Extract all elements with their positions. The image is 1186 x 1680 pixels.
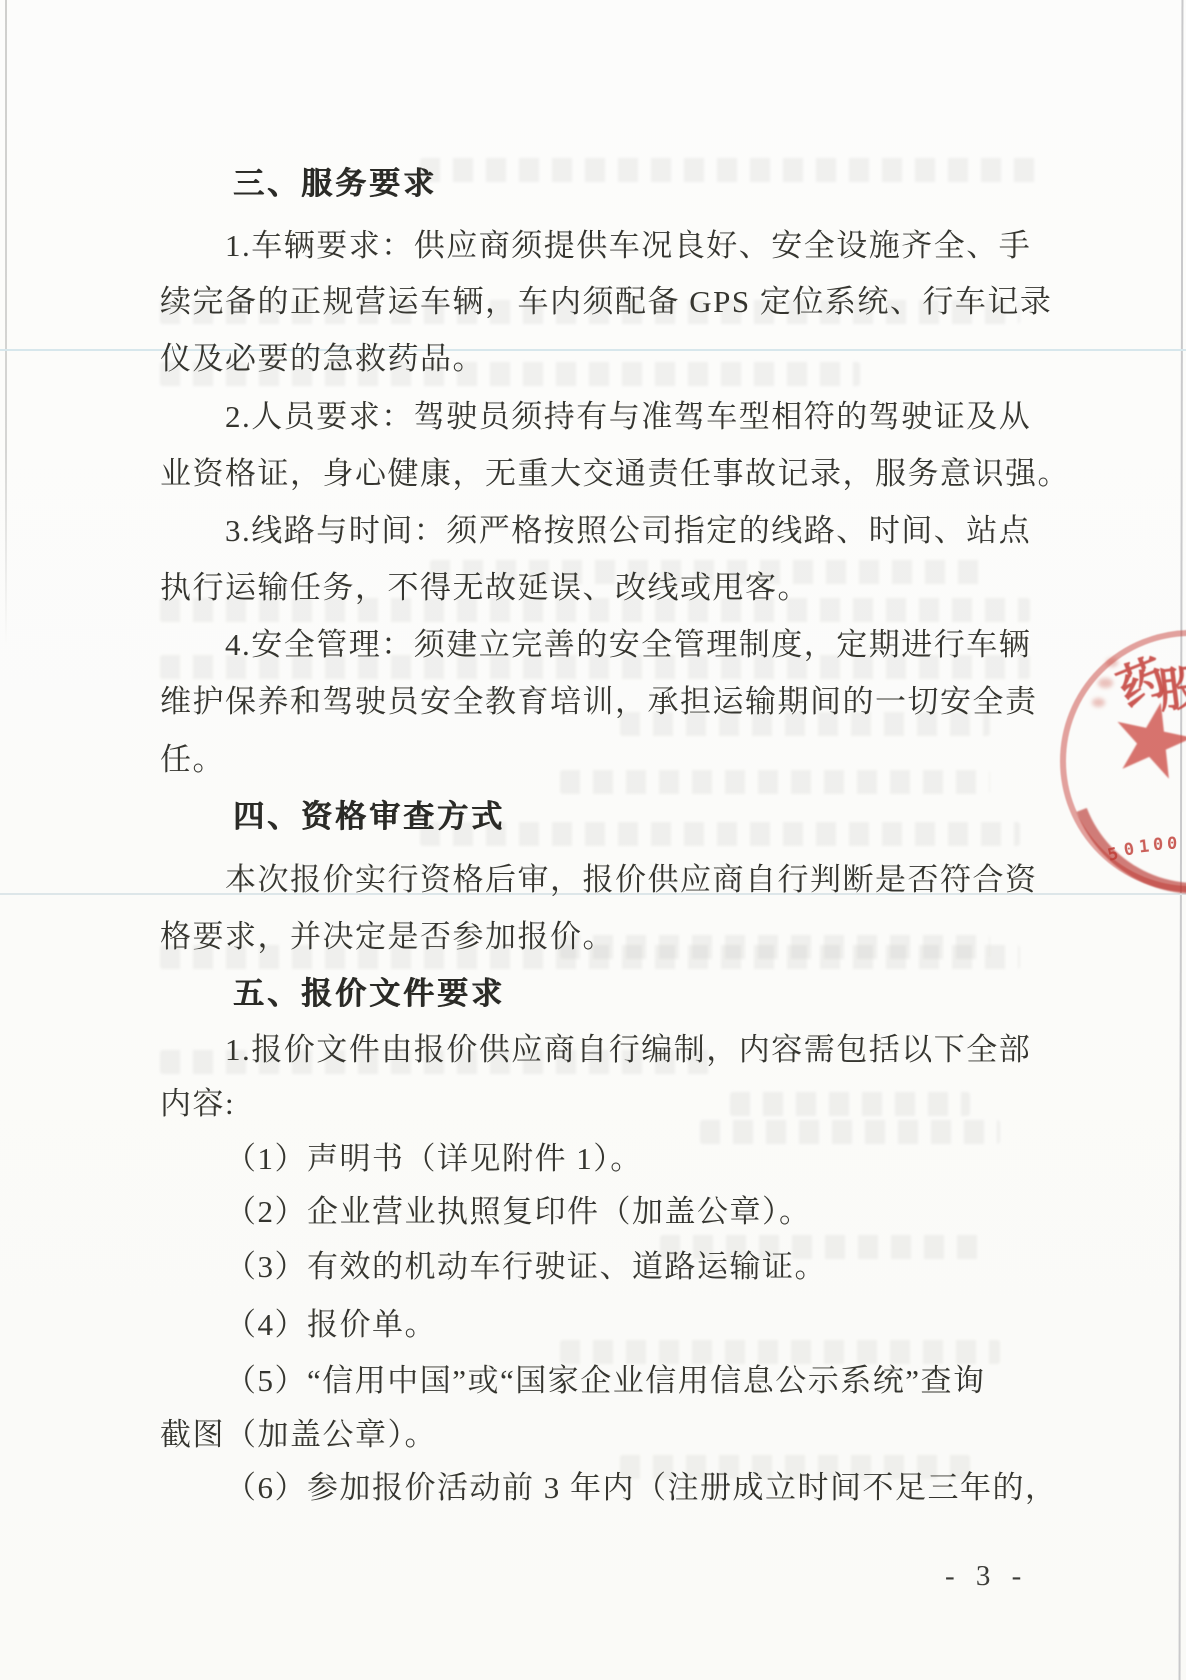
text-line: 本次报价实行资格后审，报价供应商自行判断是否符合资 xyxy=(225,854,1038,899)
bleed-through-artifact xyxy=(420,158,1040,182)
text-line: 执行运输任务，不得无故延误、改线或甩客。 xyxy=(160,562,810,607)
text-line: 任。 xyxy=(160,734,225,779)
section-heading-5: 五、报价文件要求 xyxy=(233,968,505,1013)
text-line: 格要求，并决定是否参加报价。 xyxy=(160,911,615,956)
text-line: 1.车辆要求：供应商须提供车况良好、安全设施齐全、手 xyxy=(225,220,1031,265)
text-line: 1.报价文件由报价供应商自行编制，内容需包括以下全部 xyxy=(225,1024,1031,1069)
bleed-through-artifact xyxy=(700,1120,1000,1144)
text-line: 2.人员要求：驾驶员须持有与准驾车型相符的驾驶证及从 xyxy=(225,391,1031,436)
section-heading-4: 四、资格审查方式 xyxy=(233,791,505,836)
list-item-line: （1）声明书（详见附件 1）。 xyxy=(225,1133,643,1178)
bleed-through-artifact xyxy=(730,1092,970,1116)
list-item-line: （4）报价单。 xyxy=(225,1299,437,1344)
text-line: 4.安全管理：须建立完善的安全管理制度，定期进行车辆 xyxy=(225,619,1031,664)
text-line: 3.线路与时间：须严格按照公司指定的线路、时间、站点 xyxy=(225,505,1031,550)
document-page: 三、服务要求 1.车辆要求：供应商须提供车况良好、安全设施齐全、手 续完备的正规… xyxy=(0,0,1186,1680)
bleed-through-artifact xyxy=(420,822,1020,846)
list-item-line: 截图（加盖公章）。 xyxy=(160,1409,437,1454)
text-line: 仪及必要的急救药品。 xyxy=(160,333,485,378)
list-item-line: （3）有效的机动车行驶证、道路运输证。 xyxy=(225,1241,827,1286)
list-item-line: （6）参加报价活动前 3 年内（注册成立时间不足三年的， xyxy=(225,1462,1058,1507)
page-number: - 3 - xyxy=(945,1560,1028,1593)
text-line: 内容: xyxy=(160,1078,235,1123)
seal-serial-digit: 1 xyxy=(1138,837,1150,858)
text-line: 续完备的正规营运车辆，车内须配备 GPS 定位系统、行车记录 xyxy=(160,276,1052,321)
text-line: 维护保养和驾驶员安全教育培训，承担运输期间的一切安全责 xyxy=(160,676,1038,721)
bleed-through-artifact xyxy=(560,770,990,794)
seal-ink-speck xyxy=(1098,678,1113,688)
seal-ink-speck xyxy=(1092,698,1105,707)
list-item-line: （5）“信用中国”或“国家企业信用信息公示系统”查询 xyxy=(225,1355,986,1400)
seal-serial-digit: 0 xyxy=(1152,835,1163,856)
scan-edge-line-left xyxy=(5,0,7,645)
list-item-line: （2）企业营业执照复印件（加盖公章）。 xyxy=(225,1186,812,1231)
text-line: 业资格证，身心健康，无重大交通责任事故记录，服务意识强。 xyxy=(160,448,1070,493)
section-heading-3: 三、服务要求 xyxy=(233,158,437,203)
seal-serial-digit: 0 xyxy=(1167,834,1177,854)
